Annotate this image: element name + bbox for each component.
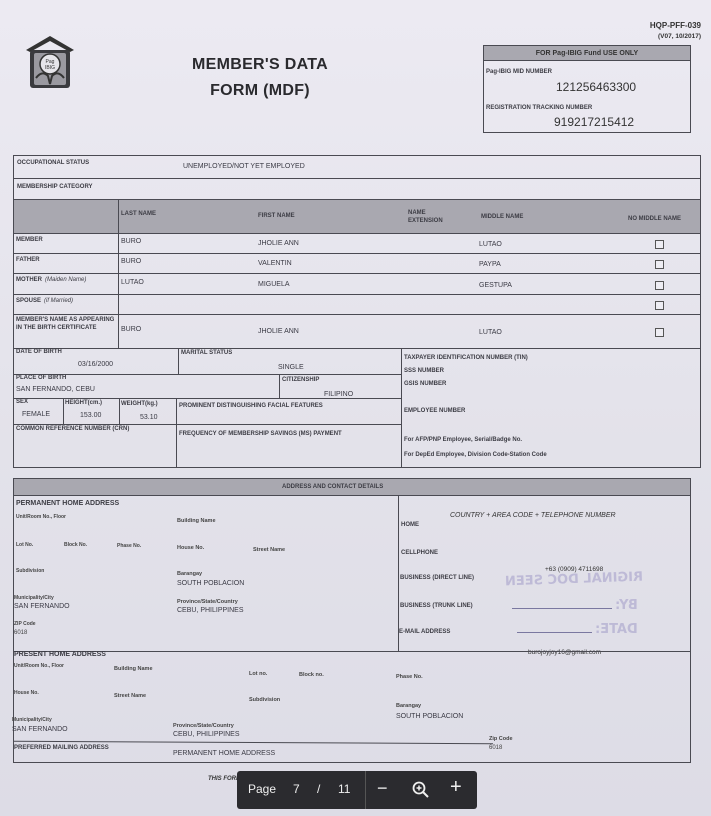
sss-label: SSS NUMBER: [404, 368, 444, 374]
perm-unit-label: Unit/Room No., Floor: [16, 514, 66, 520]
perm-zip-value: 6018: [14, 630, 27, 636]
col-no-middle-name: NO MIDDLE NAME: [628, 216, 681, 222]
col-middle-name: MIDDLE NAME: [481, 214, 523, 220]
phone-format-note: COUNTRY + AREA CODE + TELEPHONE NUMBER: [450, 512, 616, 519]
row-divider: [13, 294, 701, 295]
row-label: FATHER: [16, 257, 43, 263]
pres-city-label: Municipality/City: [12, 717, 52, 723]
perm-barangay-label: Barangay: [177, 571, 202, 577]
page-label: Page: [248, 782, 276, 796]
pres-subdivision-label: Subdivision: [249, 697, 280, 703]
business-trunk-label: BUSINESS (TRUNK LINE): [400, 603, 473, 609]
toolbar-divider: [365, 771, 366, 809]
mid-number: 121256463300: [556, 80, 636, 94]
form-code-number: HQP-PFF-039: [650, 20, 701, 31]
pres-building-label: Building Name: [114, 666, 153, 672]
pres-barangay-value: SOUTH POBLACION: [396, 713, 463, 720]
col-last-name: LAST NAME: [121, 211, 156, 217]
perm-building-label: Building Name: [177, 518, 216, 524]
row-label-note: (Maiden Name): [45, 277, 86, 283]
col-name-extension: NAME EXTENSION: [408, 209, 458, 225]
pres-province-value: CEBU, PHILIPPINES: [173, 731, 240, 738]
citizenship-label: CITIZENSHIP: [282, 377, 319, 383]
perm-city-value: SAN FERNANDO: [14, 603, 70, 610]
permanent-address-title: PERMANENT HOME ADDRESS: [16, 500, 119, 507]
pag-ibig-logo: Pag IBIG: [24, 34, 76, 90]
middle-name-value: LUTAO: [479, 241, 502, 248]
pres-unit-label: Unit/Room No., Floor: [14, 663, 64, 669]
perm-province-label: Province/State/Country: [177, 599, 238, 605]
title-line-1: MEMBER'S DATA: [160, 52, 360, 78]
dob-value: 03/16/2000: [78, 361, 113, 368]
row-label: MEMBER'S NAME AS APPEARING IN THE BIRTH …: [16, 316, 116, 332]
perm-barangay-value: SOUTH POBLACION: [177, 580, 244, 587]
page-title: MEMBER'S DATA FORM (MDF): [160, 52, 360, 104]
last-name-value: BURO: [121, 258, 141, 265]
marital-status-label: MARITAL STATUS: [181, 350, 232, 356]
no-middle-name-checkbox[interactable]: [655, 301, 664, 310]
cellphone-label: CELLPHONE: [401, 550, 438, 556]
gsis-label: GSIS NUMBER: [404, 381, 446, 387]
row-divider: [13, 314, 701, 315]
form-version: (V07, 10/2017): [650, 31, 701, 42]
middle-name-value: GESTUPA: [479, 282, 512, 289]
perm-subdivision-label: Subdivision: [16, 568, 44, 574]
no-middle-name-checkbox[interactable]: [655, 240, 664, 249]
height-value: 153.00: [80, 412, 101, 419]
height-label: HEIGHT(cm.): [65, 400, 102, 406]
middle-name-value: PAYPA: [479, 261, 501, 268]
no-middle-name-checkbox[interactable]: [655, 281, 664, 290]
membership-category-label: MEMBERSHIP CATEGORY: [17, 184, 93, 190]
title-line-2: FORM (MDF): [160, 78, 360, 104]
weight-label: WEIGHT(kg.): [121, 401, 158, 407]
total-pages: 11: [338, 782, 350, 796]
pres-zip-label: Zip Code: [489, 736, 513, 742]
row-label-text: FATHER: [16, 257, 40, 263]
zoom-out-icon[interactable]: −: [377, 778, 388, 799]
place-of-birth-value: SAN FERNANDO, CEBU: [16, 386, 95, 393]
row-label: MOTHER(Maiden Name): [16, 277, 86, 283]
pres-street-label: Street Name: [114, 693, 146, 699]
sex-label: SEX: [16, 399, 28, 405]
form-code: HQP-PFF-039 (V07, 10/2017): [650, 20, 701, 42]
row-label-text: MOTHER: [16, 277, 42, 283]
present-address-title: PRESENT HOME ADDRESS: [14, 651, 106, 658]
first-name-value: JHOLIE ANN: [258, 328, 299, 335]
row-label-text: MEMBER: [16, 237, 43, 243]
pres-zip-value: 6018: [489, 745, 502, 751]
page-separator: /: [317, 782, 320, 796]
perm-phase-label: Phase No.: [117, 543, 141, 549]
perm-street-label: Street Name: [253, 547, 285, 553]
deped-label: For DepEd Employee, Division Code-Statio…: [404, 452, 547, 458]
citizenship-value: FILIPINO: [324, 391, 353, 398]
perm-house-label: House No.: [177, 545, 204, 551]
employee-number-label: EMPLOYEE NUMBER: [404, 408, 465, 414]
row-divider: [13, 273, 701, 274]
first-name-value: VALENTIN: [258, 260, 292, 267]
tin-label: TAXPAYER IDENTIFICATION NUMBER (TIN): [404, 355, 528, 361]
stamp-date: DATE:: [595, 622, 638, 637]
fund-use-box: FOR Pag-IBIG Fund USE ONLY Pag-IBIG MID …: [483, 45, 691, 133]
perm-lot-label: Lot No.: [16, 542, 33, 548]
pres-city-value: SAN FERNANDO: [12, 726, 68, 733]
pres-province-label: Province/State/Country: [173, 723, 234, 729]
marital-status-value: SINGLE: [278, 364, 304, 371]
perm-city-label: Municipality/City: [14, 595, 54, 601]
stamp-by: BY:: [615, 598, 638, 613]
business-direct-label: BUSINESS (DIRECT LINE): [400, 575, 474, 581]
weight-value: 53.10: [140, 414, 158, 421]
current-page-input[interactable]: 7: [293, 782, 300, 796]
document-page: Pag IBIG MEMBER'S DATA FORM (MDF) HQP-PF…: [0, 0, 711, 816]
afp-pnp-label: For AFP/PNP Employee, Serial/Badge No.: [404, 437, 522, 443]
sex-value: FEMALE: [22, 411, 50, 418]
facial-features-label: PROMINENT DISTINGUISHING FACIAL FEATURES: [179, 403, 323, 409]
row-label: SPOUSE(if Married): [16, 298, 73, 304]
last-name-value: BURO: [121, 326, 141, 333]
rtn-number: 919217215412: [554, 115, 634, 129]
address-table: [13, 478, 691, 763]
pres-phase-label: Phase No.: [396, 674, 423, 680]
occupational-status-label: OCCUPATIONAL STATUS: [17, 160, 89, 166]
rtn-label: REGISTRATION TRACKING NUMBER: [486, 105, 592, 111]
last-name-value: BURO: [121, 238, 141, 245]
last-name-value: LUTAO: [121, 279, 144, 286]
zoom-in-icon[interactable]: +: [450, 776, 462, 799]
svg-text:IBIG: IBIG: [45, 65, 55, 71]
ms-payment-label: FREQUENCY OF MEMBERSHIP SAVINGS (MS) PAY…: [179, 431, 342, 437]
mid-label: Pag-IBIG MID NUMBER: [486, 69, 552, 75]
col-first-name: FIRST NAME: [258, 213, 295, 219]
dob-label: DATE OF BIRTH: [16, 349, 62, 355]
no-middle-name-checkbox[interactable]: [655, 328, 664, 337]
pres-house-label: House No.: [14, 690, 39, 696]
pdf-page-toolbar: Page 7 / 11 − +: [237, 771, 477, 809]
middle-name-value: LUTAO: [479, 329, 502, 336]
fund-use-heading: FOR Pag-IBIG Fund USE ONLY: [484, 46, 690, 61]
perm-province-value: CEBU, PHILIPPINES: [177, 607, 244, 614]
first-name-value: JHOLIE ANN: [258, 240, 299, 247]
first-name-value: MIGUELA: [258, 281, 290, 288]
row-label-text: SPOUSE: [16, 298, 41, 304]
names-header-row: [14, 200, 700, 233]
row-divider: [13, 253, 701, 254]
pres-block-label: Block no.: [299, 672, 324, 678]
perm-zip-label: ZIP Code: [14, 621, 36, 627]
place-of-birth-label: PLACE OF BIRTH: [16, 375, 66, 381]
perm-block-label: Block No.: [64, 542, 87, 548]
row-label: MEMBER: [16, 237, 46, 243]
row-label-note: (if Married): [44, 298, 73, 304]
home-phone-label: HOME: [401, 522, 419, 528]
mailing-address-value: PERMANENT HOME ADDRESS: [173, 750, 275, 757]
pres-barangay-label: Barangay: [396, 703, 421, 709]
mailing-address-label: PREFERRED MAILING ADDRESS: [14, 745, 109, 751]
address-section-title: ADDRESS AND CONTACT DETAILS: [282, 484, 383, 490]
crn-label: COMMON REFERENCE NUMBER (CRN): [16, 426, 129, 432]
occupational-status-value: UNEMPLOYED/NOT YET EMPLOYED: [183, 163, 305, 170]
zoom-icon[interactable]: [412, 781, 430, 799]
pres-lot-label: Lot no.: [249, 671, 267, 677]
no-middle-name-checkbox[interactable]: [655, 260, 664, 269]
email-label: E-MAIL ADDRESS: [399, 629, 450, 635]
